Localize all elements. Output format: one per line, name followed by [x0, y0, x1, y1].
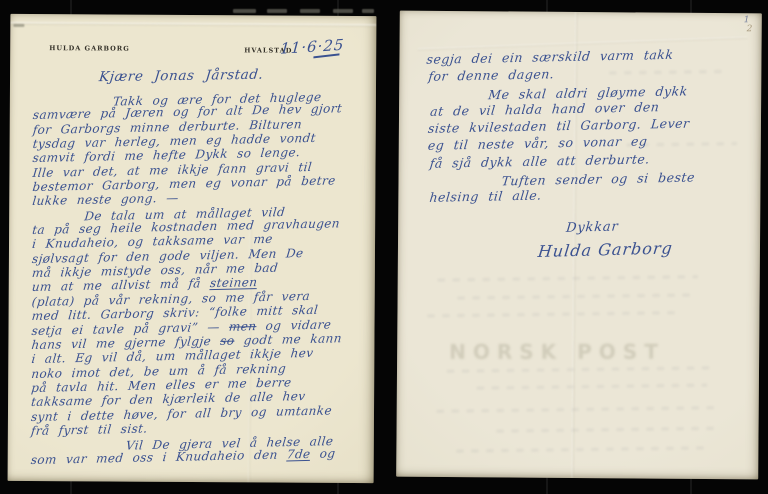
bleedthrough-smudge	[438, 275, 698, 281]
letterhead-sender-name: HULDA GARBORG	[49, 44, 130, 52]
handwritten-date: 11·6·25	[280, 36, 346, 58]
letter-scan: HULDA GARBORG HVALSTAD 11·6·25 Kjære Jon…	[0, 0, 768, 494]
bleedthrough-smudge	[437, 406, 717, 413]
bleedthrough-smudge	[477, 384, 707, 390]
bleedthrough-smudge	[427, 311, 677, 317]
bleedthrough-smudge	[497, 427, 717, 433]
handwritten-line: helsing til alle.	[429, 183, 757, 207]
signature: Hulda Garborg	[537, 238, 674, 261]
letter-page-1: HULDA GARBORG HVALSTAD 11·6·25 Kjære Jon…	[8, 14, 377, 483]
film-edge-mark	[333, 9, 353, 13]
letter-body-page-1: Takk og ære for det huglegesamvære på Jæ…	[31, 94, 371, 469]
film-edge-mark	[300, 9, 320, 13]
film-edge-mark	[362, 9, 374, 13]
paper-watermark: NORSK POST	[449, 340, 665, 364]
letter-page-2: NORSK POST 1 2 segja dei ein særskild va…	[396, 11, 762, 480]
fold-crease	[10, 22, 376, 27]
bleedthrough-smudge	[447, 366, 717, 373]
salutation: Kjære Jonas Jårstad.	[98, 67, 264, 85]
corner-smudge	[13, 24, 24, 27]
bleedthrough-smudge	[456, 446, 706, 452]
handwritten-line: som var med oss i Knudaheio den 7de og	[30, 445, 369, 467]
bleedthrough-smudge	[458, 293, 698, 299]
closing-phrase: Dykkar	[565, 219, 619, 235]
letter-body-page-2: segja dei ein særskild varm takkfor denn…	[425, 51, 756, 209]
film-edge-mark	[233, 9, 256, 13]
corner-pencil-mark: 2	[747, 24, 753, 34]
film-edge-mark	[267, 9, 287, 13]
